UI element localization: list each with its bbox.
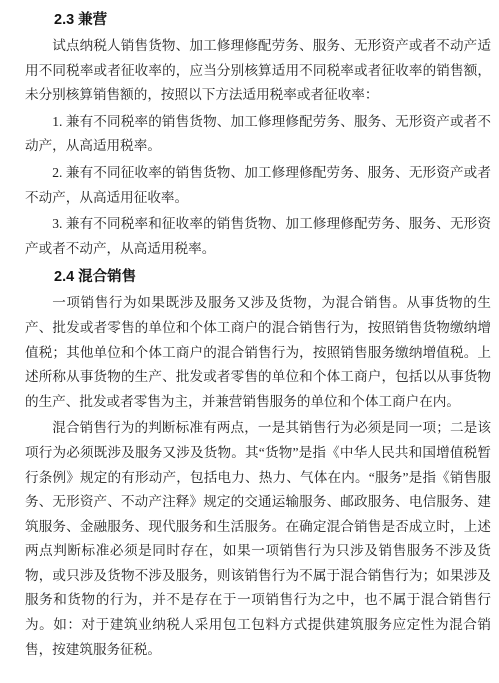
list-item-3-mixed-rates: 3. 兼有不同税率和征收率的销售货物、加工修理修配劳务、服务、无形资产或者不动产… [25, 212, 491, 261]
paragraph-mixed-sales-definition: 一项销售行为如果既涉及服务又涉及货物，为混合销售。从事货物的生产、批发或者零售的… [25, 291, 491, 414]
section-heading-2-3: 2.3 兼营 [25, 8, 491, 32]
list-item-1-different-tax-rates: 1. 兼有不同税率的销售货物、加工修理修配劳务、服务、无形资产或者不动产，从高适… [25, 110, 491, 159]
document-page: 2.3 兼营 试点纳税人销售货物、加工修理修配劳务、服务、无形资产或者不动产适用… [0, 0, 499, 683]
paragraph-mixed-sales-criteria: 混合销售行为的判断标准有两点，一是其销售行为必须是同一项；二是该项行为必须既涉及… [25, 416, 491, 662]
paragraph-concurrent-operation-intro: 试点纳税人销售货物、加工修理修配劳务、服务、无形资产或者不动产适用不同税率或者征… [25, 34, 491, 108]
section-heading-2-4: 2.4 混合销售 [25, 265, 491, 289]
list-item-2-different-levy-rates: 2. 兼有不同征收率的销售货物、加工修理修配劳务、服务、无形资产或者不动产，从高… [25, 161, 491, 210]
